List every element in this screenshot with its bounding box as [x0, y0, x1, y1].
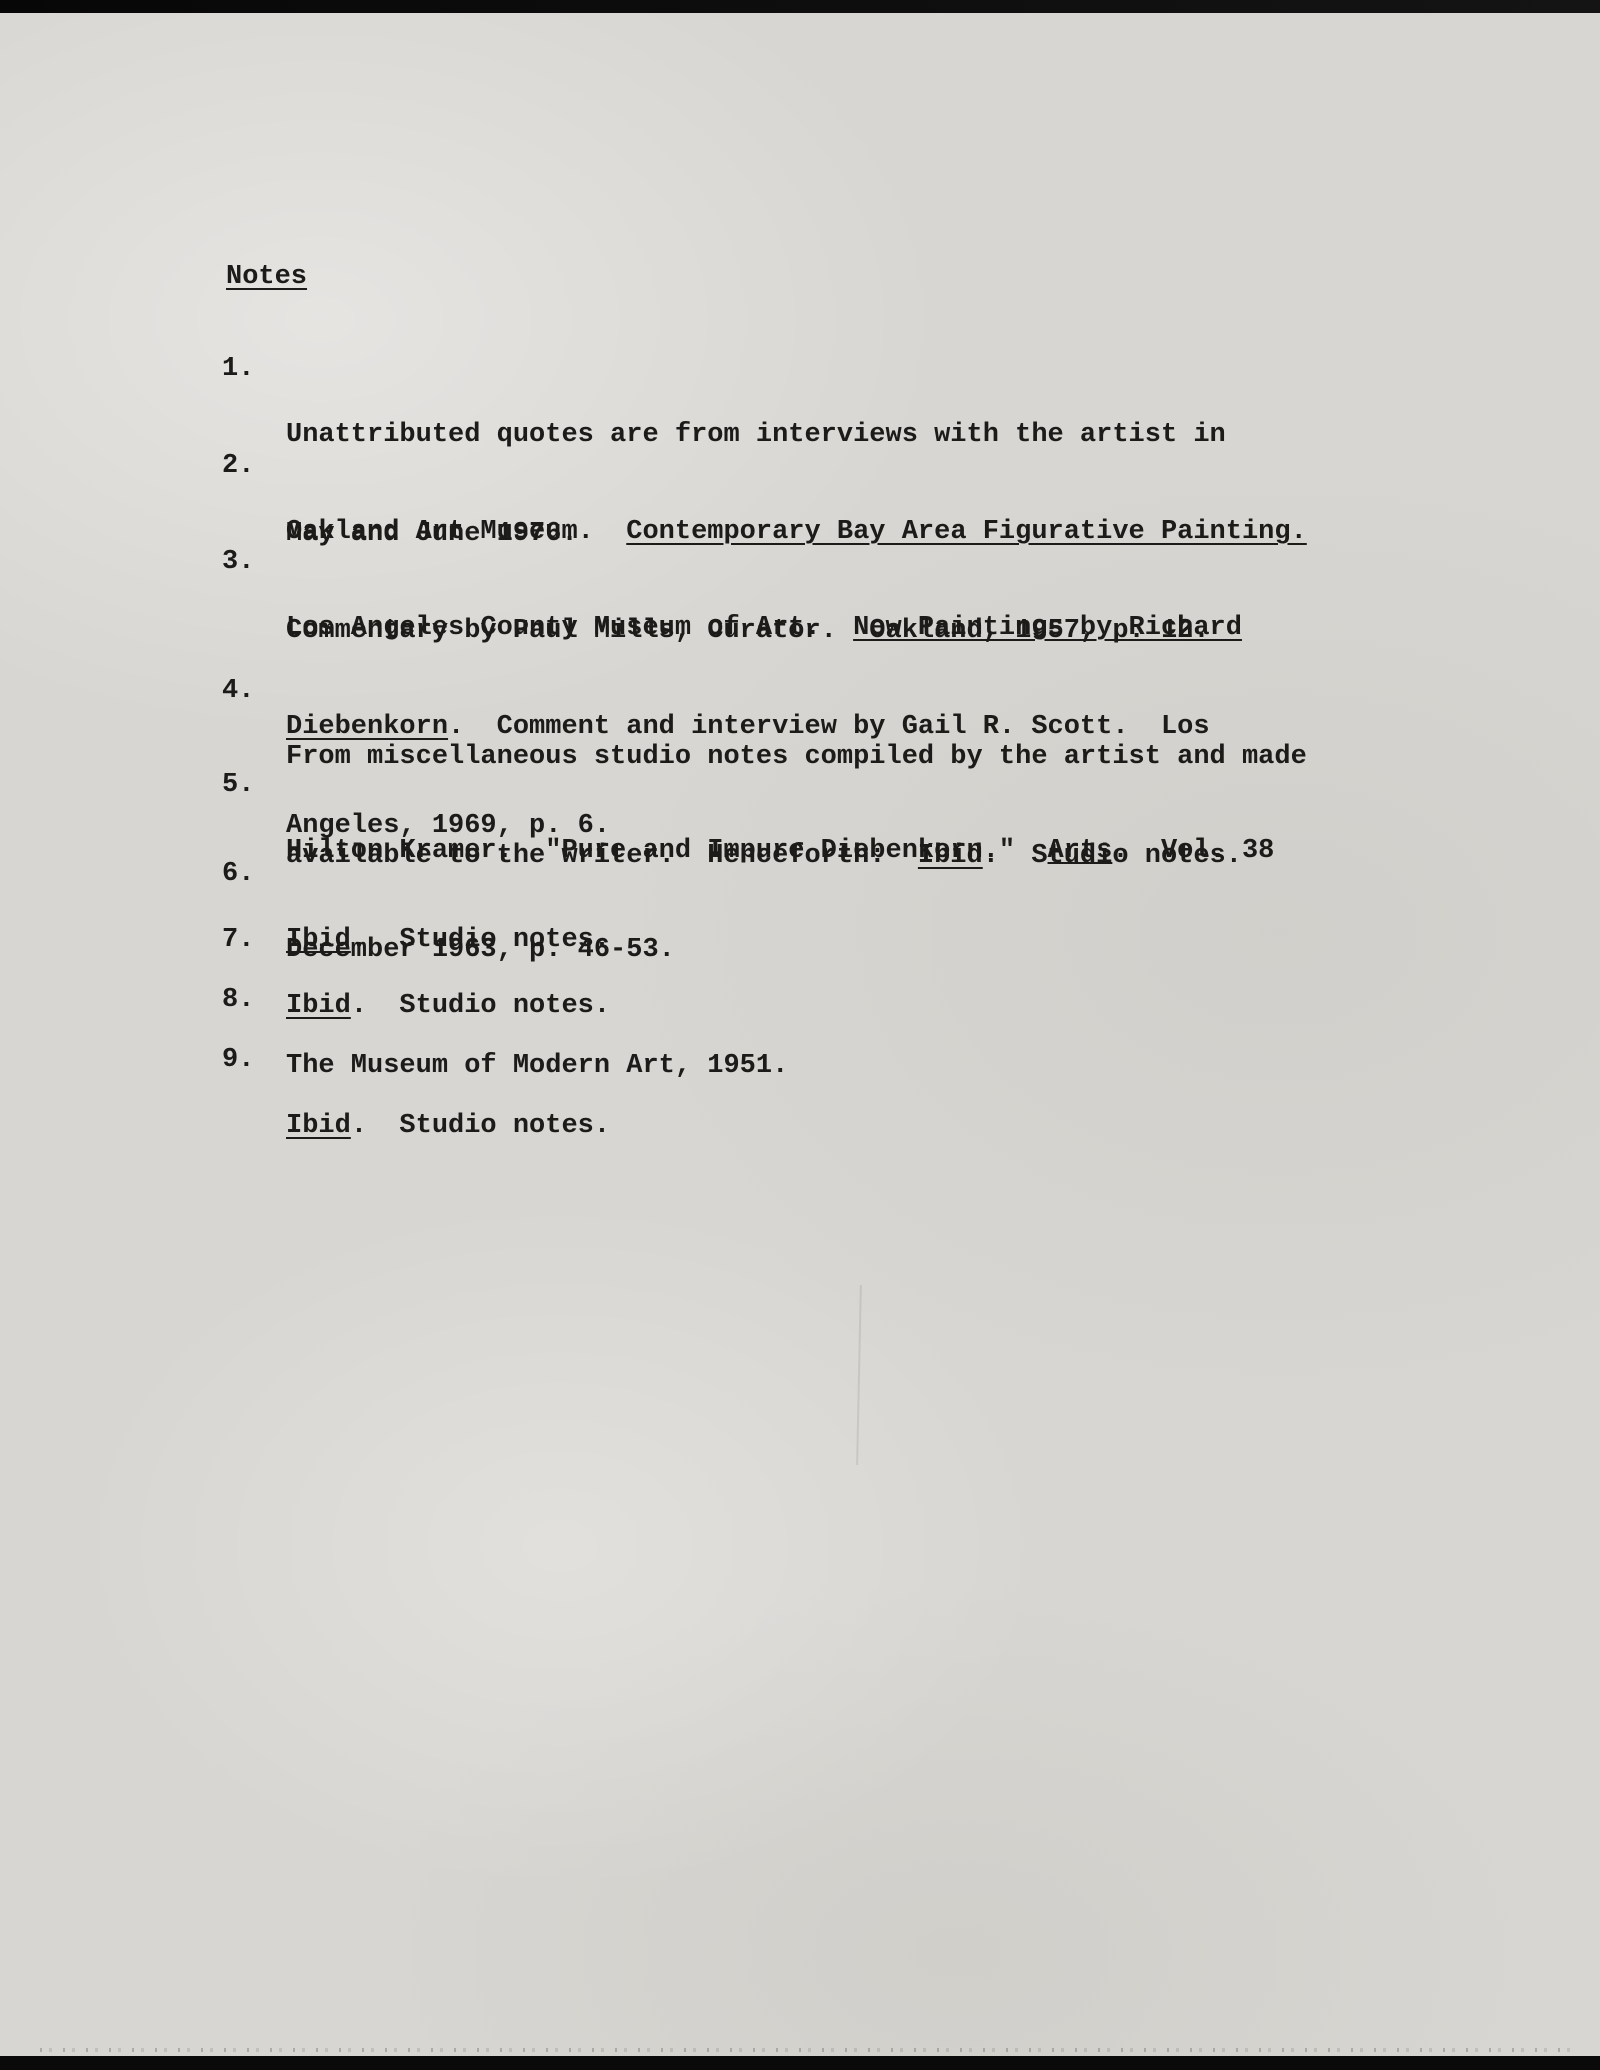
note-text: From miscellaneous studio notes compiled… — [286, 742, 1307, 772]
note-number: 8. — [222, 984, 286, 1017]
note-number: 5. — [222, 769, 286, 802]
note-line: Ibid. Studio notes. — [286, 1110, 610, 1143]
note-number: 3. — [222, 546, 286, 579]
note-title-underlined: Arts — [1048, 836, 1113, 866]
note-line: Los Angeles County Museum of Art. New Pa… — [286, 612, 1242, 645]
scan-border-bottom — [0, 2056, 1600, 2070]
note-text: Los Angeles County Museum of Art. — [286, 613, 853, 643]
scan-noise-strip — [40, 2048, 1570, 2052]
scan-border-top — [0, 0, 1600, 13]
note-number: 2. — [222, 450, 286, 483]
note-text: Unattributed quotes are from interviews … — [286, 420, 1226, 450]
note-line: Unattributed quotes are from interviews … — [286, 419, 1226, 452]
scanned-document-page: Notes 1. Unattributed quotes are from in… — [0, 0, 1600, 2070]
note-text: Oakland Art Museum. — [286, 517, 626, 547]
note-number: 1. — [222, 353, 286, 386]
note-text: . Studio notes. — [351, 1111, 610, 1141]
note-title-underlined: Contemporary Bay Area Figurative Paintin… — [626, 517, 1307, 547]
note-line: Oakland Art Museum. Contemporary Bay Are… — [286, 516, 1307, 549]
note-number: 7. — [222, 924, 286, 957]
note-number: 9. — [222, 1044, 286, 1077]
note-number: 4. — [222, 675, 286, 708]
page-title: Notes — [226, 261, 307, 294]
note-text: . Vol. 38 — [1112, 836, 1274, 866]
note-item-9: 9. Ibid. Studio notes. — [222, 1044, 610, 1209]
note-number: 6. — [222, 858, 286, 891]
note-title-underlined: Ibid — [286, 1111, 351, 1141]
note-title-underlined: New Paintings by Richard — [853, 613, 1242, 643]
note-body: Ibid. Studio notes. — [286, 1044, 610, 1209]
page-title-text: Notes — [226, 262, 307, 292]
